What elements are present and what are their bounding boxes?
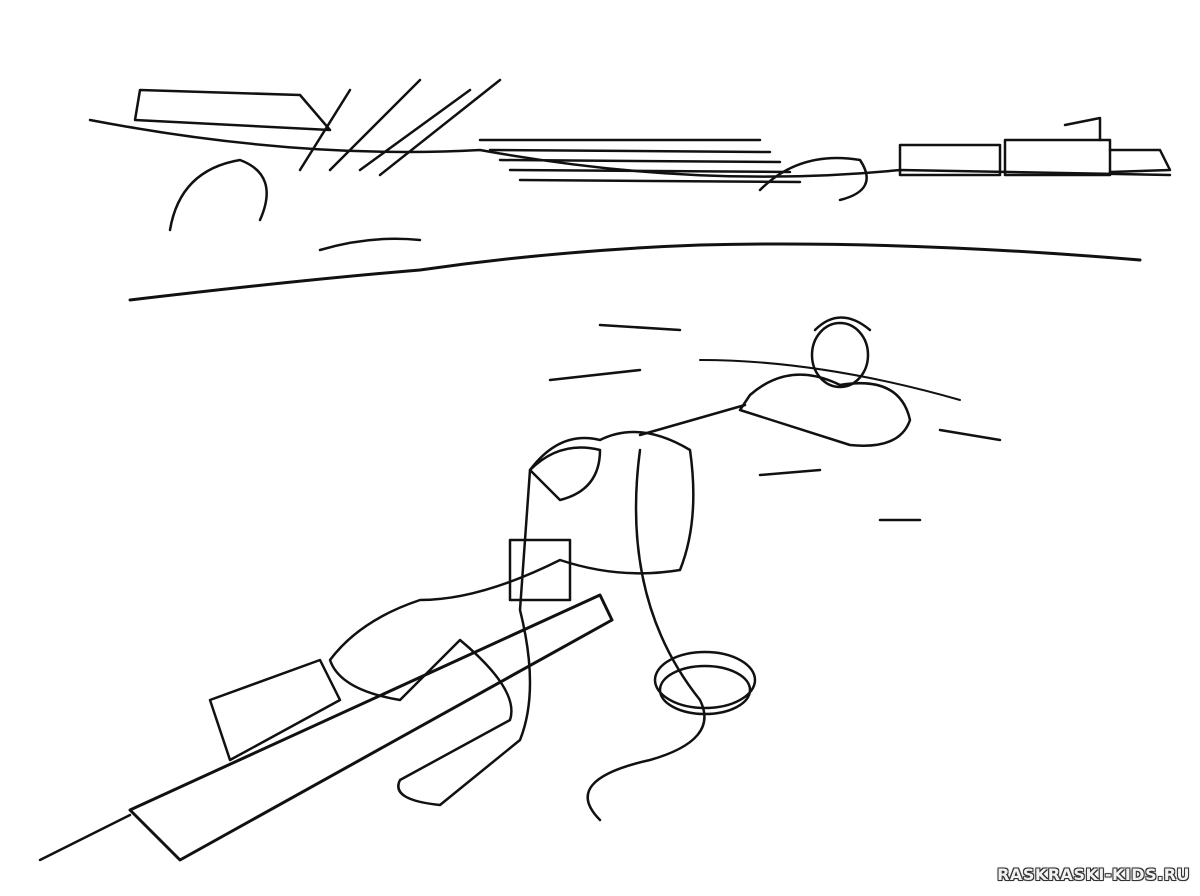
person-in-water bbox=[700, 318, 960, 446]
rope bbox=[588, 405, 745, 820]
rescuer bbox=[210, 432, 693, 805]
ice-edge bbox=[130, 239, 1140, 520]
rope-coil bbox=[655, 652, 755, 708]
far-bank bbox=[90, 80, 1170, 230]
site-watermark: RASKRASKI-KIDS.RU bbox=[997, 865, 1190, 884]
train bbox=[900, 118, 1170, 175]
rescue-board bbox=[130, 595, 612, 860]
ice-rescue-illustration bbox=[0, 0, 1200, 896]
